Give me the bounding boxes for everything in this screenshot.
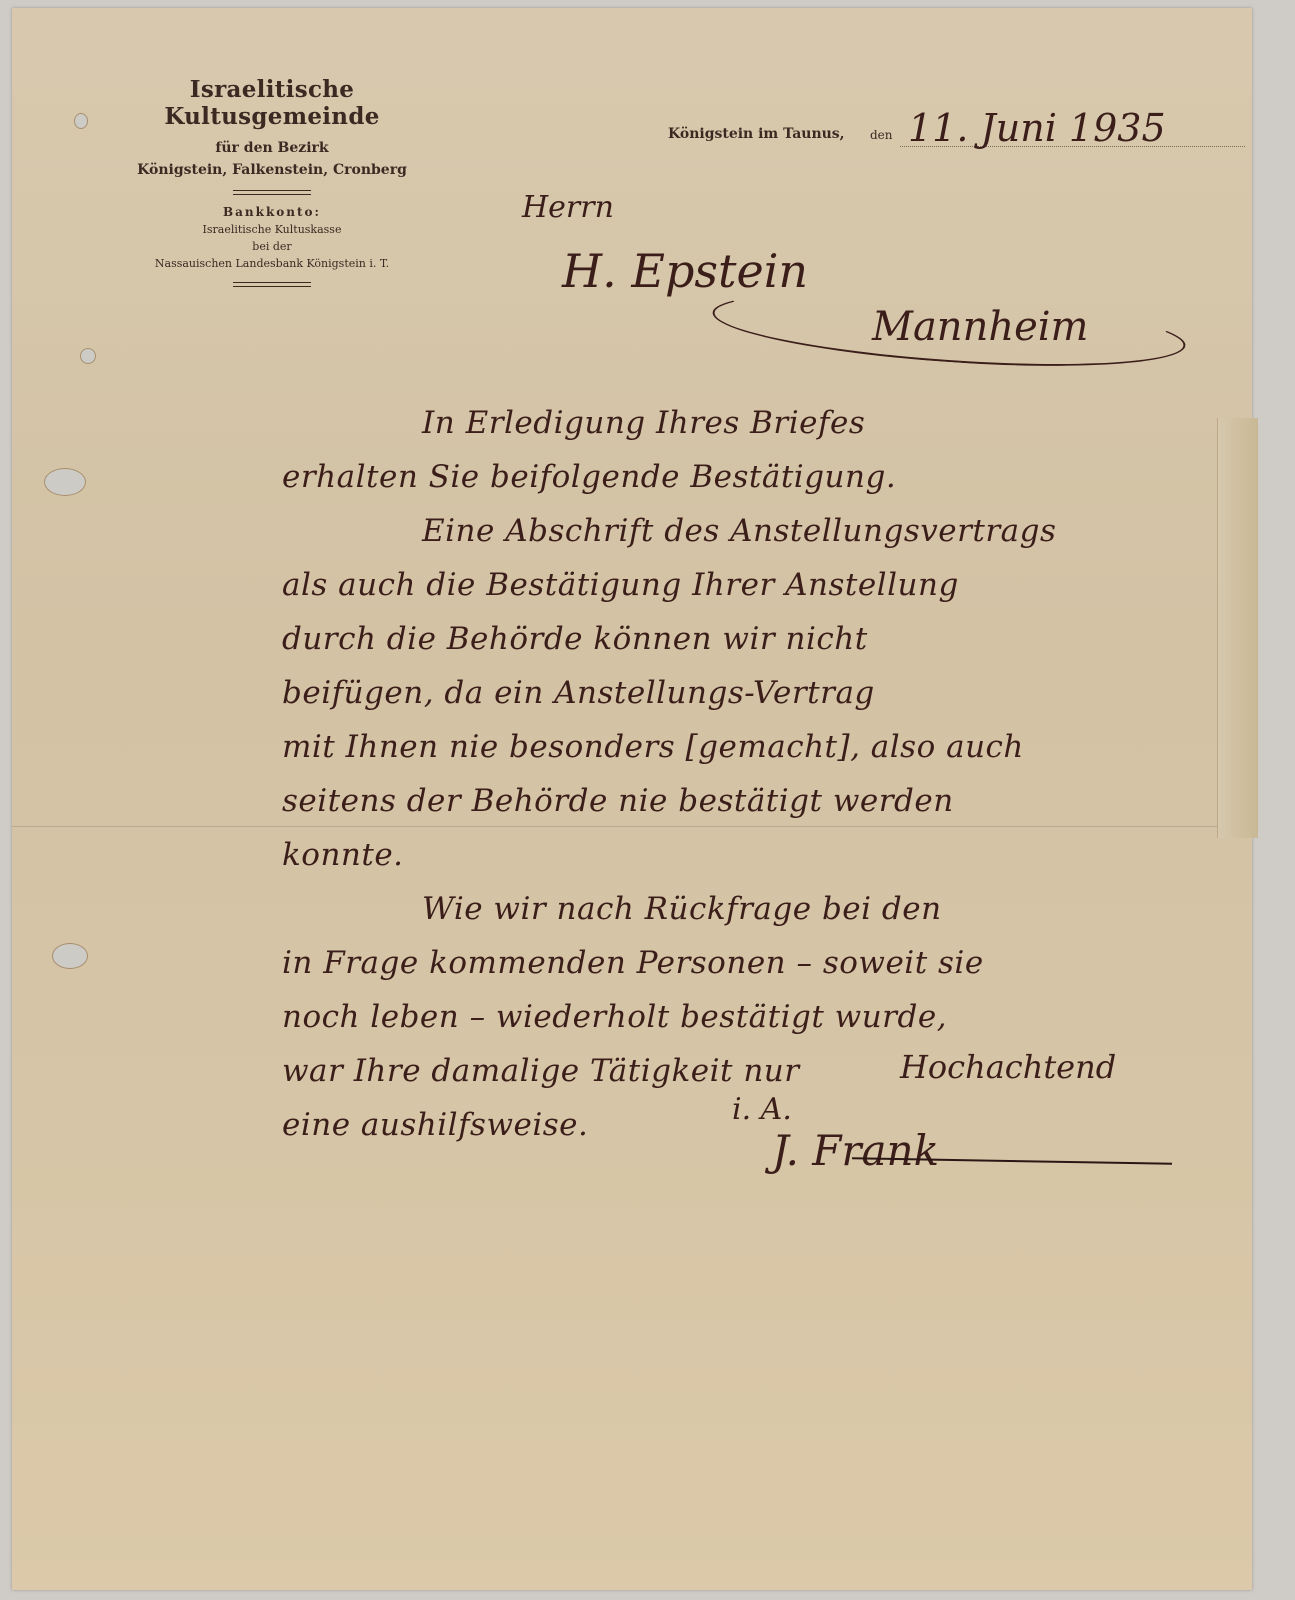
body-line: Wie wir nach Rückfrage bei den: [282, 882, 1232, 936]
punch-hole: [52, 943, 88, 969]
bank-title: Bankkonto:: [82, 205, 462, 219]
punch-hole: [44, 468, 86, 496]
bank-account: Israelitische Kultuskasse: [82, 223, 462, 236]
district-line: für den Bezirk: [82, 140, 462, 156]
towns-line: Königstein, Falkenstein, Cronberg: [82, 162, 462, 178]
den-label: den: [870, 128, 893, 142]
letterhead: Israelitische Kultusgemeinde für den Bez…: [82, 76, 462, 297]
divider: [233, 190, 311, 195]
body-line: beifügen, da ein Anstellungs-Vertrag: [282, 666, 1232, 720]
bank-name: Nassauischen Landesbank Königstein i. T.: [82, 257, 462, 270]
bank-connector: bei der: [82, 240, 462, 253]
body-line: noch leben – wiederholt bestätigt wurde,: [282, 990, 1232, 1044]
dateline: Königstein im Taunus, den 11. Juni 1935: [668, 116, 1258, 156]
body-line: mit Ihnen nie besonders [gemacht], also …: [282, 720, 1232, 774]
body-line: als auch die Bestätigung Ihrer Anstellun…: [282, 558, 1232, 612]
body-line: seitens der Behörde nie bestätigt werden: [282, 774, 1232, 828]
body-line: in Frage kommenden Personen – soweit sie: [282, 936, 1232, 990]
punch-hole: [80, 348, 96, 364]
body-line: erhalten Sie beifolgende Bestätigung.: [282, 450, 1232, 504]
recipient-name: H. Epstein: [562, 244, 808, 298]
per-order-mark: i. A.: [732, 1092, 792, 1127]
body-line: konnte.: [282, 828, 1232, 882]
signature: J. Frank: [772, 1126, 939, 1175]
address-swash: [710, 280, 1187, 379]
handwritten-date: 11. Juni 1935: [908, 106, 1166, 150]
closing-greeting: Hochachtend: [900, 1048, 1116, 1086]
divider: [233, 282, 311, 287]
letter-body: In Erledigung Ihres Briefes erhalten Sie…: [282, 396, 1232, 1152]
body-line: durch die Behörde können wir nicht: [282, 612, 1232, 666]
place: Königstein im Taunus,: [668, 126, 845, 142]
body-line: Eine Abschrift des Anstellungsvertrags: [282, 504, 1232, 558]
body-line: In Erledigung Ihres Briefes: [282, 396, 1232, 450]
organization-name: Israelitische Kultusgemeinde: [82, 76, 462, 130]
address-salutation: Herrn: [522, 190, 614, 225]
letter-paper: Israelitische Kultusgemeinde für den Bez…: [12, 8, 1252, 1590]
